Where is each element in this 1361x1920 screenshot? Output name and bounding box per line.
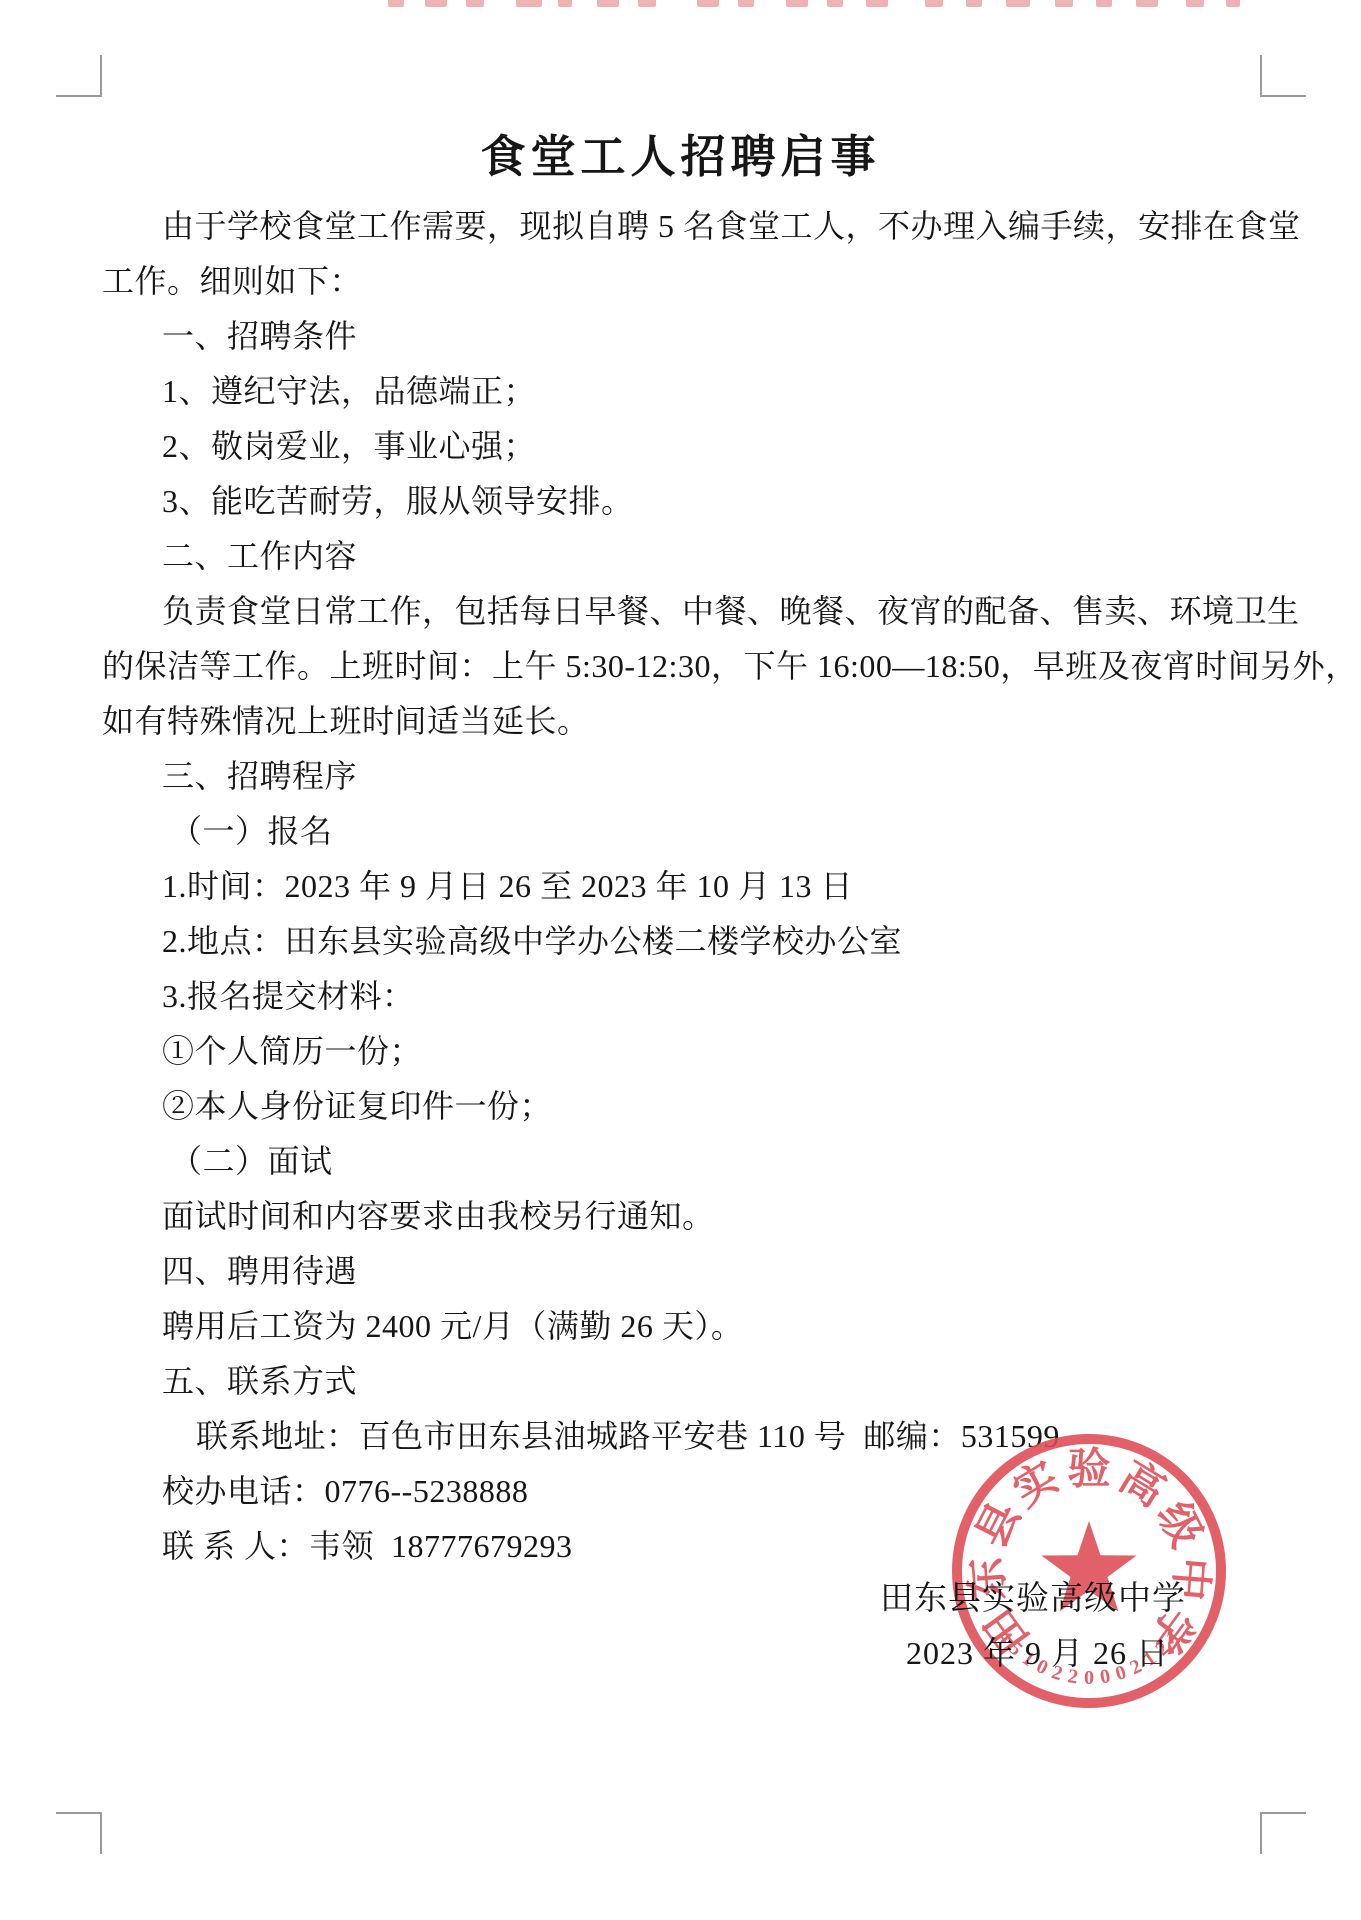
body-line: 二、工作内容 bbox=[162, 536, 357, 580]
body-line: 校办电话：0776--5238888 bbox=[162, 1471, 528, 1515]
crop-mark-top-right bbox=[1260, 55, 1306, 97]
ink-fragment bbox=[1096, 0, 1112, 7]
body-line: 由于学校食堂工作需要，现拟自聘 5 名食堂工人，不办理入编手续，安排在食堂 bbox=[162, 206, 1301, 250]
body-line: ①个人简历一份； bbox=[162, 1031, 422, 1075]
ink-fragment bbox=[1136, 0, 1158, 7]
body-line: 联系地址：百色市田东县油城路平安巷 110 号 邮编：531599 bbox=[196, 1416, 1060, 1460]
body-line: 如有特殊情况上班时间适当延长。 bbox=[102, 701, 590, 745]
ink-fragment bbox=[925, 0, 943, 7]
body-line: 3.报名提交材料： bbox=[162, 976, 415, 1020]
body-line: （一）报名 bbox=[170, 811, 333, 855]
body-line: 2、敬岗爱业，事业心强； bbox=[162, 426, 536, 470]
body-line: 工作。细则如下： bbox=[102, 261, 362, 305]
body-line: 1.时间：2023 年 9 月日 26 至 2023 年 10 月 13 日 bbox=[162, 866, 853, 910]
ink-fragment bbox=[827, 0, 843, 7]
body-line: 五、联系方式 bbox=[162, 1361, 357, 1405]
ink-fragment bbox=[1006, 0, 1030, 7]
signature-school-name: 田东县实验高级中学 bbox=[880, 1572, 1186, 1619]
body-line: 聘用后工资为 2400 元/月（满勤 26 天）。 bbox=[162, 1306, 743, 1350]
body-line: 面试时间和内容要求由我校另行通知。 bbox=[162, 1196, 715, 1240]
crop-mark-bottom-right bbox=[1260, 1812, 1306, 1854]
body-line: 2.地点：田东县实验高级中学办公楼二楼学校办公室 bbox=[162, 921, 902, 965]
ink-fragment bbox=[738, 0, 754, 7]
seal-arc-char: 验 bbox=[1068, 1446, 1111, 1494]
body-line: 的保洁等工作。上班时间：上午 5:30-12:30，下午 16:00—18:50… bbox=[102, 646, 1358, 690]
body-line: （二）面试 bbox=[170, 1141, 333, 1185]
ink-fragment bbox=[558, 0, 572, 7]
ink-fragment bbox=[466, 0, 484, 7]
ink-fragment bbox=[1226, 0, 1240, 7]
body-line: 3、能吃苦耐劳，服从领导安排。 bbox=[162, 481, 634, 525]
ink-fragment bbox=[425, 0, 447, 7]
body-line: 四、聘用待遇 bbox=[162, 1251, 357, 1295]
ink-fragment bbox=[516, 0, 542, 7]
body-line: 一、招聘条件 bbox=[162, 316, 357, 360]
document-page: 食堂工人招聘启事 由于学校食堂工作需要，现拟自聘 5 名食堂工人，不办理入编手续… bbox=[0, 0, 1361, 1920]
ink-fragment bbox=[597, 0, 619, 7]
ink-fragment bbox=[697, 0, 719, 7]
body-line: 负责食堂日常工作，包括每日早餐、中餐、晚餐、夜宵的配备、售卖、环境卫生 bbox=[162, 591, 1300, 635]
body-line: ②本人身份证复印件一份； bbox=[162, 1086, 552, 1130]
body-line: 三、招聘程序 bbox=[162, 756, 357, 800]
document-title: 食堂工人招聘启事 bbox=[0, 120, 1361, 185]
body-line: 1、遵纪守法，品德端正； bbox=[162, 371, 536, 415]
ink-fragment bbox=[1186, 0, 1204, 7]
ink-fragment bbox=[388, 0, 404, 7]
ink-fragment bbox=[966, 0, 982, 7]
body-line: 联 系 人：韦领 18777679293 bbox=[162, 1526, 573, 1570]
ink-fragment bbox=[1055, 0, 1073, 7]
ink-fragment bbox=[638, 0, 656, 7]
crop-mark-bottom-left bbox=[56, 1812, 102, 1854]
ink-fragment bbox=[866, 0, 888, 7]
crop-mark-top-left bbox=[56, 55, 102, 97]
signature-date: 2023 年 9 月 26 日 bbox=[906, 1628, 1169, 1674]
ink-fragment bbox=[786, 0, 808, 7]
